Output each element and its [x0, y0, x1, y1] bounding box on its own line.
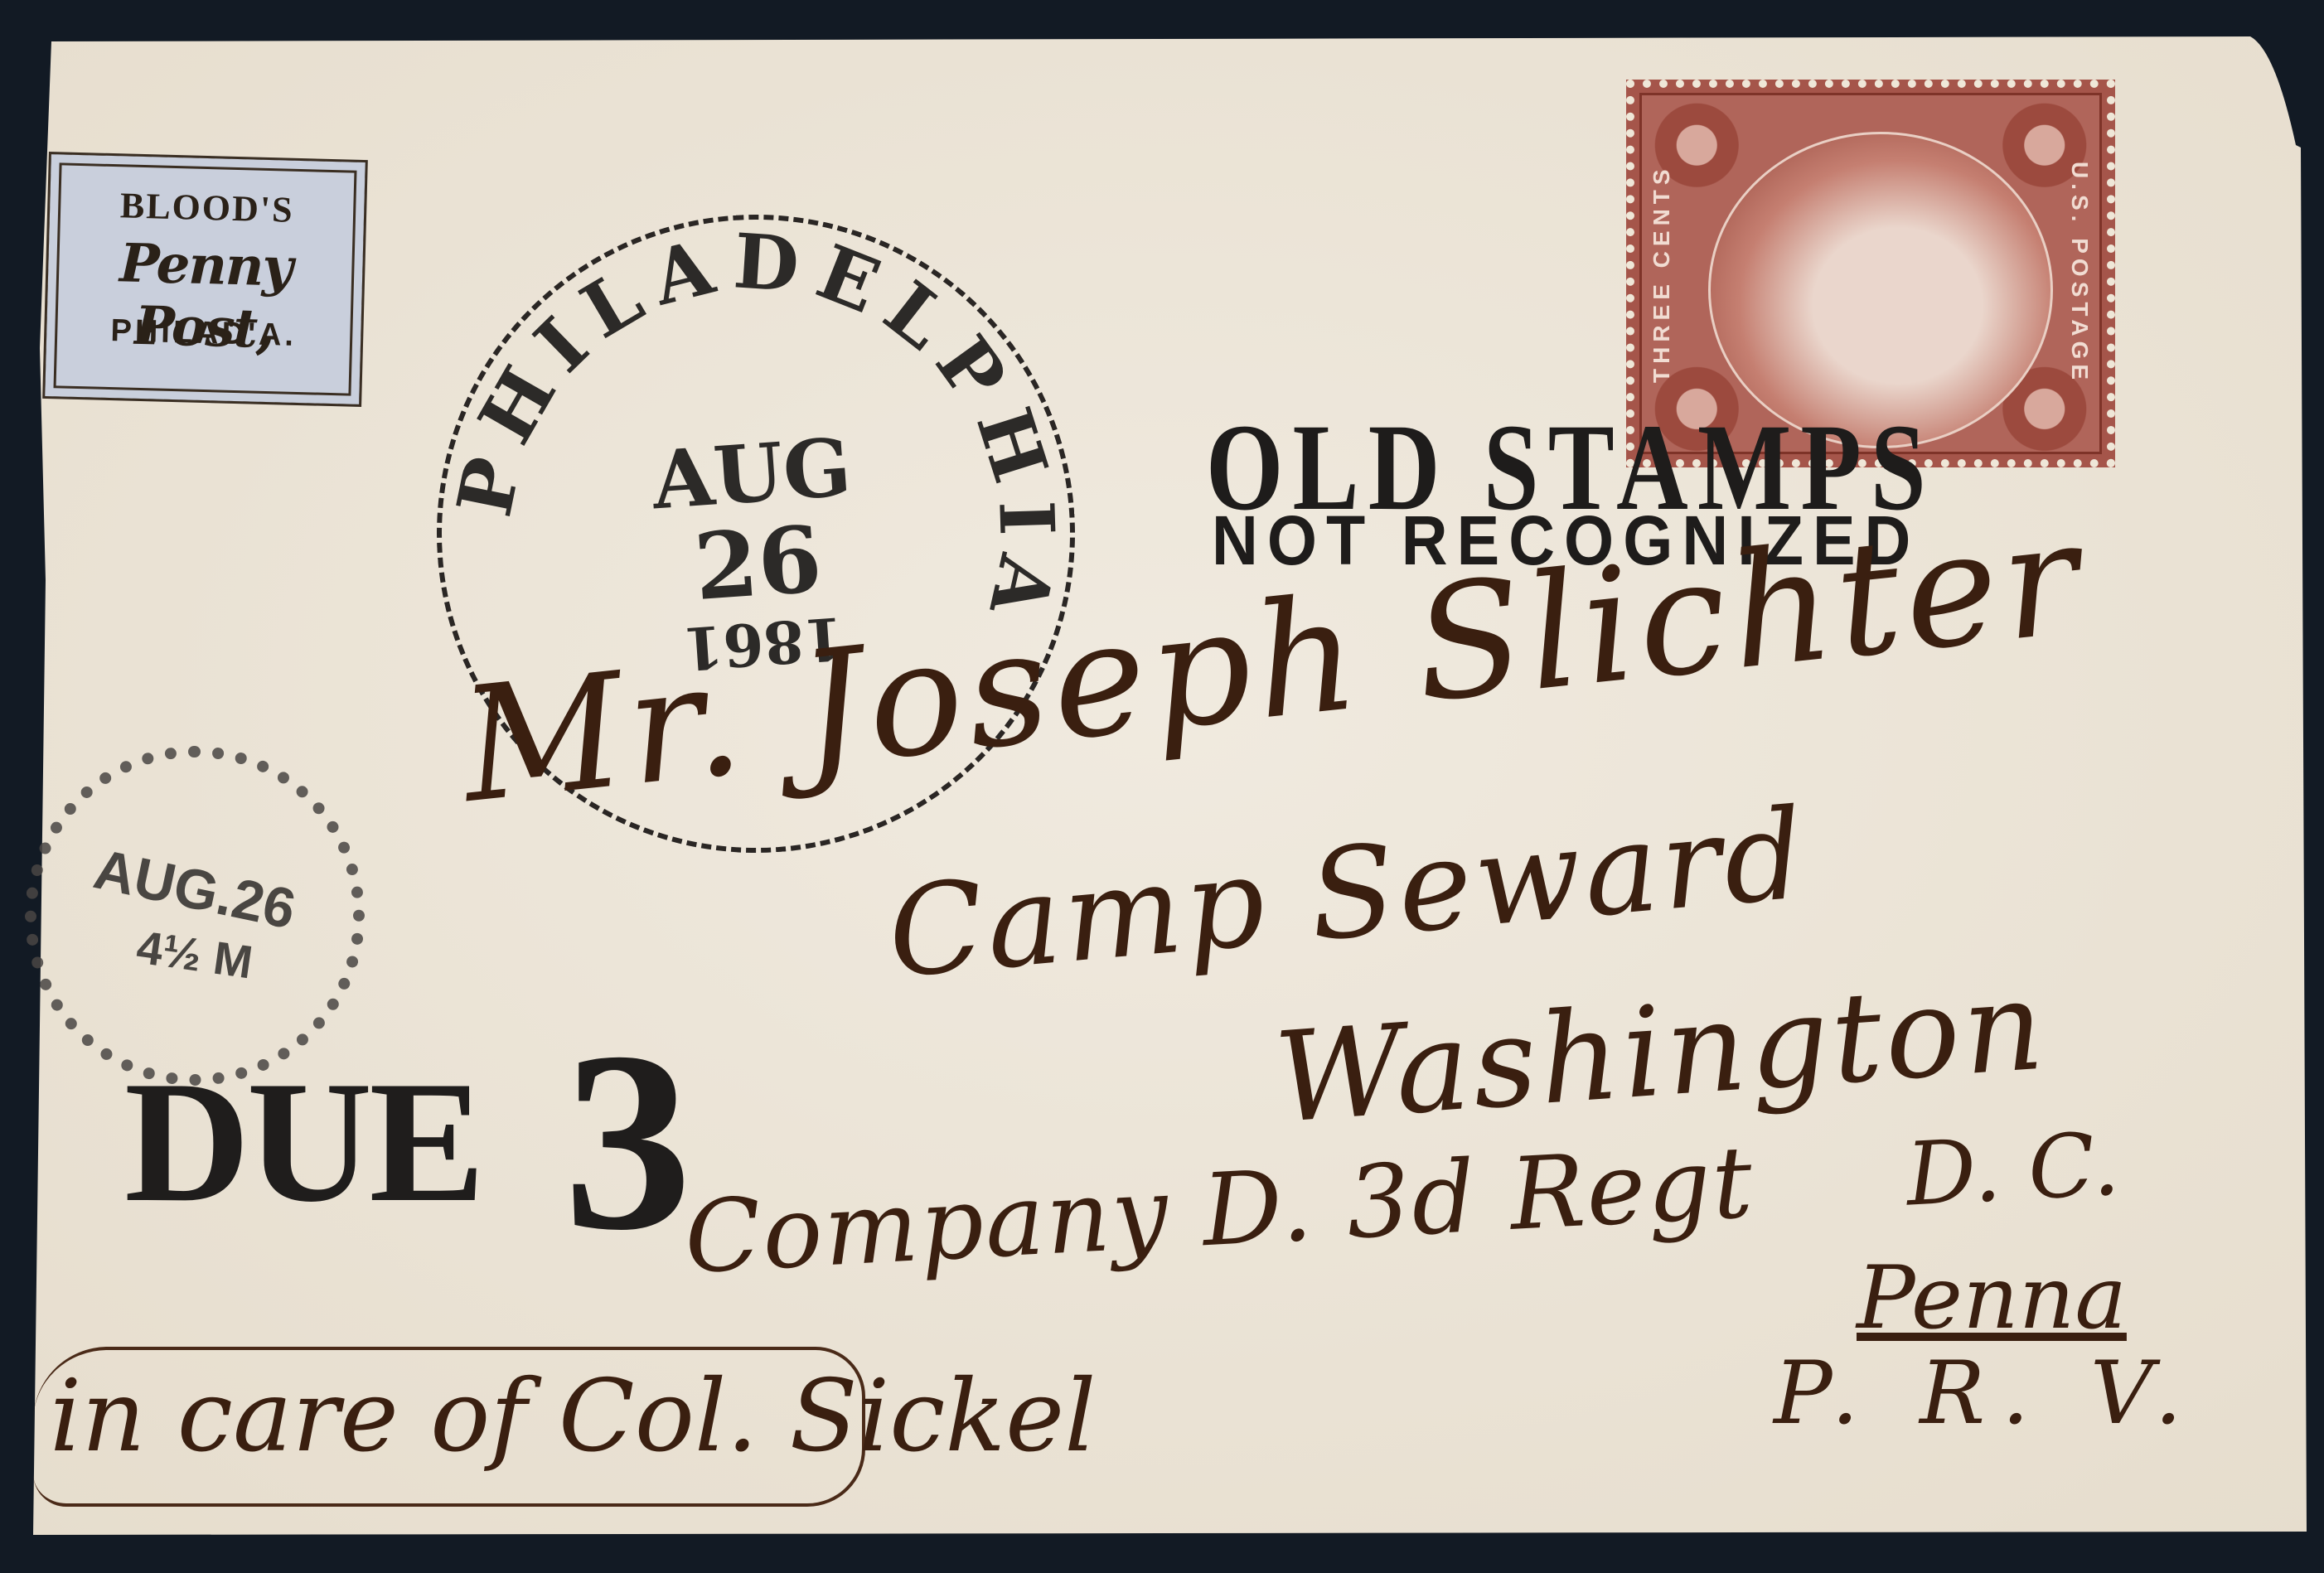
bloods-penny-post-label: BLOOD'S Penny Post, PHILAD'A. [42, 152, 368, 407]
stamp-left-text: THREE CENTS [1649, 112, 1682, 435]
due-amount: 3 [564, 995, 692, 1290]
address-unit: P. R. V. [1774, 1343, 2199, 1444]
due-handstamp: DUE [124, 1043, 482, 1242]
care-of-text: in care of Col. Sickel [50, 1359, 1097, 1474]
secondary-postmark: AUG.26 4½ M [25, 746, 365, 1086]
address-district: D. C. [1904, 1113, 2122, 1225]
address-state: Penna [1857, 1247, 2127, 1348]
stamp-right-text: U.S. POSTAGE [2060, 112, 2093, 435]
label-line-1: BLOOD'S [50, 182, 365, 233]
